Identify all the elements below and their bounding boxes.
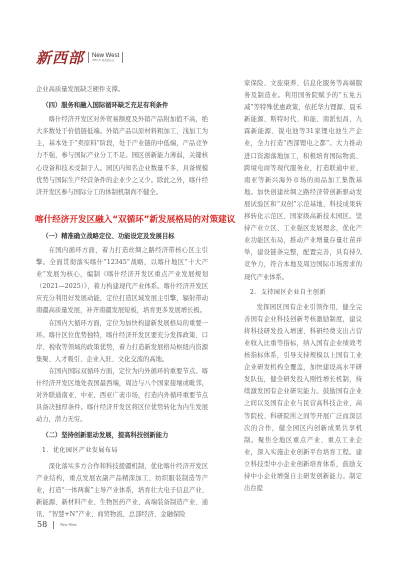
paragraph: 在国内大循环方面，定位为加快构建新发展格局的重要一环。喀什区位优势独特，喀什经济… xyxy=(36,318,208,366)
masthead: 新西部 New West XIBU·XI 新西部杂志 xyxy=(36,47,123,68)
logo-english-title: New West xyxy=(92,53,119,59)
paragraph: 在国内循环方面，着力打造丝绸之路经济带核心区主引擎。全面贯彻落实喀什“12345… xyxy=(36,245,208,318)
logo-english: New West XIBU·XI 新西部杂志 xyxy=(92,53,119,63)
sub-subsection-heading: 1．优化园区产业发展布局 xyxy=(36,445,208,457)
paragraph: 在国内国际双循环方面，定位为内外循环的重要节点。喀什经济开发区地处我国最西端，周… xyxy=(36,366,208,426)
logo-divider xyxy=(88,52,89,63)
page-number: 58 xyxy=(37,520,47,529)
subsection-heading: （一）精准确立战略定位、功能设定及发展目标 xyxy=(36,231,208,243)
section-heading: 喀什经济开发区融入“双循环”新发展格局的对策建议 xyxy=(35,213,208,227)
footer-divider xyxy=(53,521,54,529)
paragraph: 企业高质量发展缺乏硬件支撑。 xyxy=(36,84,208,96)
logo-divider-right xyxy=(122,52,123,63)
logo-english-subtitle: XIBU·XI 新西部杂志 xyxy=(92,60,119,63)
subsection-heading: （二）坚持创新驱动发展，提高科技创新能力 xyxy=(36,430,208,442)
paragraph: 深化落实多方合作和科技援疆机制，优化喀什经济开发区产业结构，重点发展农副产品精深… xyxy=(36,461,208,521)
left-column: 企业高质量发展缺乏硬件支撑。（四）服务和融入国际循环缺乏充足有利条件喀什经济开发… xyxy=(36,84,208,521)
paragraph: 发挥园区国有企业引领作用，健全完善国有企业科技创新考核激励制度，建议将科技研发投… xyxy=(244,302,362,496)
right-column: 家保险、文旅康养、信息化服务等高端服务及制造业。利用国务院赋予的“五免五减”等特… xyxy=(244,78,362,495)
page-footer: 58 New West xyxy=(37,520,77,529)
subsection-heading: （四）服务和融入国际循环缺乏充足有利条件 xyxy=(36,100,208,112)
publication-name: New West xyxy=(60,522,76,527)
logo-chinese: 新西部 xyxy=(36,47,84,68)
sub-subsection-heading: 2．支持园区企业自主创新 xyxy=(244,287,362,299)
paragraph: 家保险、文旅康养、信息化服务等高端服务及制造业。利用国务院赋予的“五免五减”等特… xyxy=(244,78,362,284)
paragraph: 喀什经济开发区对外贸易额度及外销产品附加值不高，绝大多数处于价值链低端。外销产品… xyxy=(36,114,208,199)
